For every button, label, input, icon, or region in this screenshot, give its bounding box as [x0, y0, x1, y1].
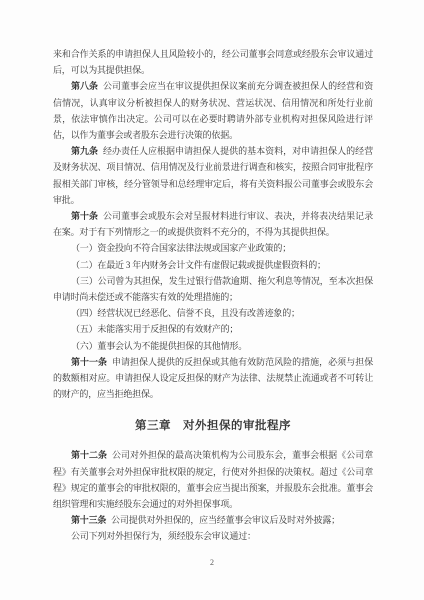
paragraph: 第十条公司董事会或股东会对呈报材料进行审议、表决，并将表决结果记录在案。对于有下…	[53, 208, 373, 240]
paragraph-text: （四）经营状况已经恶化、信誉不良，且没有改善迹象的；	[71, 308, 300, 318]
paragraph-text: （三）公司曾为其担保，发生过银行借款逾期、拖欠利息等情况，至本次担保申请时尚未偿…	[53, 276, 373, 302]
page-number: 2	[0, 558, 424, 567]
document-page: 来和合作关系的申请担保人且风险较小的，经公司董事会同意或经股东会审议通过后，可以…	[0, 0, 424, 600]
article-label: 第八条	[71, 81, 98, 91]
paragraph: 第十三条公司提供对外担保的，应当经董事会审议后及时对外披露；	[53, 512, 373, 528]
paragraph: 来和合作关系的申请担保人且风险较小的，经公司董事会同意或经股东会审议通过后，可以…	[53, 46, 373, 78]
paragraph-text: 公司下列对外担保行为，须经股东会审议通过：	[71, 531, 256, 541]
paragraph-text: （六）董事会认为不能提供担保的其他情形。	[71, 341, 247, 351]
article-label: 第十三条	[71, 515, 106, 525]
article-label: 第十一条	[71, 357, 107, 367]
paragraph-text: 公司提供对外担保的，应当经董事会审议后及时对外披露；	[111, 515, 340, 525]
paragraph: 第九条经办责任人应根据申请担保人提供的基本资料，对申请担保人的经营及财务状况、项…	[53, 143, 373, 208]
article-label: 第十二条	[71, 450, 107, 460]
paragraph-text: （二）在最近 3 年内财务会计文件有虚假记载或提供虚假资料的；	[71, 260, 326, 270]
article-label: 第九条	[71, 146, 98, 156]
list-item: （三）公司曾为其担保，发生过银行借款逾期、拖欠利息等情况，至本次担保申请时尚未偿…	[53, 273, 373, 305]
list-item: （四）经营状况已经恶化、信誉不良，且没有改善迹象的；	[53, 305, 373, 321]
paragraph: 第十二条公司对外担保的最高决策机构为公司股东会，董事会根据《公司章程》有关董事会…	[53, 447, 373, 512]
paragraph-text: 来和合作关系的申请担保人且风险较小的，经公司董事会同意或经股东会审议通过后，可以…	[53, 49, 373, 75]
paragraph-text: 公司董事会或股东会对呈报材料进行审议、表决，并将表决结果记录在案。对于有下列情形…	[53, 211, 373, 237]
paragraph-text: 公司董事会应当在审议提供担保议案前充分调查被担保人的经营和资信情况，认真审议分析…	[53, 81, 373, 140]
paragraph: 公司下列对外担保行为，须经股东会审议通过：	[53, 528, 373, 544]
paragraph: 第八条公司董事会应当在审议提供担保议案前充分调查被担保人的经营和资信情况，认真审…	[53, 78, 373, 143]
list-item: （五）未能落实用于反担保的有效财产的；	[53, 321, 373, 337]
paragraph: 第十一条申请担保人提供的反担保或其他有效防范风险的措施，必须与担保的数额相对应。…	[53, 354, 373, 403]
paragraph-text: （五）未能落实用于反担保的有效财产的；	[71, 324, 238, 334]
paragraph-text: 经办责任人应根据申请担保人提供的基本资料，对申请担保人的经营及财务状况、项目情况…	[53, 146, 373, 205]
list-item: （六）董事会认为不能提供担保的其他情形。	[53, 338, 373, 354]
chapter-heading: 第三章 对外担保的审批程序	[53, 417, 373, 433]
list-item: （二）在最近 3 年内财务会计文件有虚假记载或提供虚假资料的；	[53, 257, 373, 273]
paragraph-text: （一）资金投向不符合国家法律法规或国家产业政策的；	[71, 243, 291, 253]
article-label: 第十条	[71, 211, 98, 221]
list-item: （一）资金投向不符合国家法律法规或国家产业政策的；	[53, 240, 373, 256]
